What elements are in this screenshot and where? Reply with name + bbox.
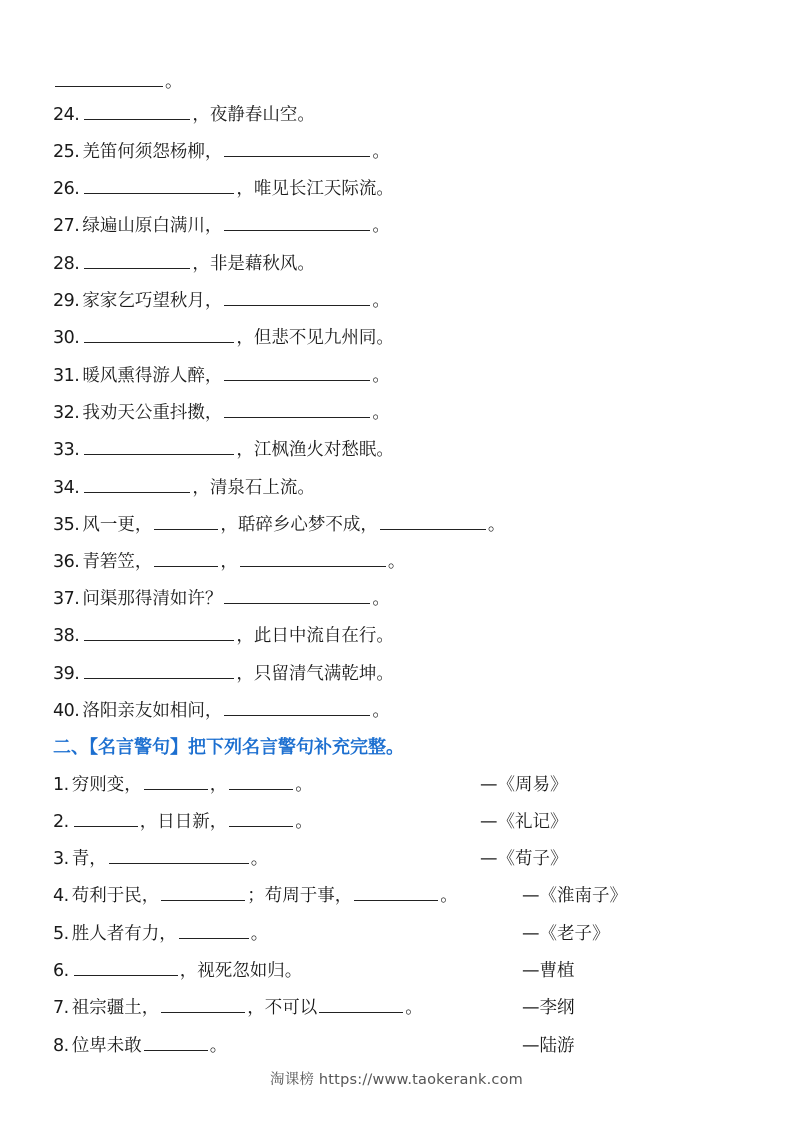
fill-in-blank[interactable] <box>319 996 403 1013</box>
question-text: 。 <box>372 587 390 611</box>
quote-question-7: 7.祖宗疆土，，不可以。 <box>53 996 423 1020</box>
question-number: 7. <box>53 996 69 1020</box>
question-text: 。 <box>372 401 390 425</box>
question-number: 33. <box>53 438 79 462</box>
question-number: 30. <box>53 326 79 350</box>
question-text: 。 <box>388 550 406 574</box>
fill-in-blank[interactable] <box>224 401 370 418</box>
question-text: 胜人者有力， <box>72 922 177 946</box>
question-text: 家家乞巧望秋月， <box>82 289 222 313</box>
question-text: 位卑未敢 <box>72 1034 142 1058</box>
question-number: 26. <box>53 177 79 201</box>
question-text: ，此日中流自在行。 <box>236 624 394 648</box>
poem-question-39: 39.，只留清气满乾坤。 <box>53 662 394 686</box>
question-text: ，江枫渔火对愁眠。 <box>236 438 394 462</box>
question-number: 32. <box>53 401 79 425</box>
question-number: 31. <box>53 364 79 388</box>
poem-question-31: 31.暖风熏得游人醉，。 <box>53 364 390 388</box>
fill-in-blank[interactable] <box>84 624 234 641</box>
poem-question-24: 24.，夜静春山空。 <box>53 103 315 127</box>
fill-in-blank[interactable] <box>229 773 293 790</box>
quote-source: —《老子》 <box>522 922 610 946</box>
question-text: 羌笛何须怨杨柳， <box>82 140 222 164</box>
fill-in-blank[interactable] <box>84 252 190 269</box>
question-text: 。 <box>251 847 269 871</box>
question-text: 。 <box>405 996 423 1020</box>
question-text: ，夜静春山空。 <box>192 103 315 127</box>
question-number: 34. <box>53 476 79 500</box>
poem-question-28: 28.，非是藉秋风。 <box>53 252 315 276</box>
poem-question-34: 34.，清泉石上流。 <box>53 476 315 500</box>
fill-in-blank[interactable] <box>224 587 370 604</box>
fill-in-blank[interactable] <box>55 70 163 87</box>
question-text: 风一更， <box>82 513 152 537</box>
question-text: 洛阳亲友如相问， <box>82 699 222 723</box>
poem-question-38: 38.，此日中流自在行。 <box>53 624 394 648</box>
question-text: 。 <box>372 699 390 723</box>
question-text: 。 <box>251 922 269 946</box>
fill-in-blank[interactable] <box>380 513 486 530</box>
question-number: 1. <box>53 773 69 797</box>
question-text: ；苟周于事， <box>247 884 352 908</box>
question-text: ，聒碎乡心梦不成， <box>220 513 378 537</box>
fill-in-blank[interactable] <box>154 550 218 567</box>
question-number: 29. <box>53 289 79 313</box>
question-number: 6. <box>53 959 69 983</box>
question-number: 8. <box>53 1034 69 1058</box>
question-text: 绿遍山原白满川， <box>82 214 222 238</box>
question-number: 5. <box>53 922 69 946</box>
question-text: 。 <box>372 364 390 388</box>
fill-in-blank[interactable] <box>154 513 218 530</box>
poem-question-33: 33.，江枫渔火对愁眠。 <box>53 438 394 462</box>
fill-in-blank[interactable] <box>109 847 249 864</box>
question-text: 暖风熏得游人醉， <box>82 364 222 388</box>
poem-question-40: 40.洛阳亲友如相问，。 <box>53 699 390 723</box>
question-text: 祖宗疆土， <box>72 996 160 1020</box>
fill-in-blank[interactable] <box>179 922 249 939</box>
question-text: ，视死忽如归。 <box>180 959 303 983</box>
question-text: ， <box>210 773 228 797</box>
poem-question-25: 25.羌笛何须怨杨柳，。 <box>53 140 390 164</box>
question-text: ，非是藉秋风。 <box>192 252 315 276</box>
question-number: 24. <box>53 103 79 127</box>
quote-question-5: 5.胜人者有力，。 <box>53 922 268 946</box>
quote-source: —曹植 <box>522 959 575 983</box>
poem-question-26: 26.，唯见长江天际流。 <box>53 177 394 201</box>
question-text: 。 <box>372 140 390 164</box>
question-text: ，日日新， <box>140 810 228 834</box>
fill-in-blank[interactable] <box>84 438 234 455</box>
question-text: ，唯见长江天际流。 <box>236 177 394 201</box>
section-heading-famous-quotes: 二、【名言警句】把下列名言警句补充完整。 <box>53 736 404 760</box>
fill-in-blank[interactable] <box>224 699 370 716</box>
poem-question-32: 32.我劝天公重抖擞，。 <box>53 401 390 425</box>
fill-in-blank[interactable] <box>161 884 245 901</box>
poem-question-35: 35.风一更，，聒碎乡心梦不成，。 <box>53 513 505 537</box>
question-number: 37. <box>53 587 79 611</box>
question-text: 青箬笠， <box>82 550 152 574</box>
quote-source: —陆游 <box>522 1034 575 1058</box>
fill-in-blank[interactable] <box>84 103 190 120</box>
fill-in-blank[interactable] <box>224 289 370 306</box>
fill-in-blank[interactable] <box>224 364 370 381</box>
question-text: 。 <box>165 70 183 94</box>
quote-question-4: 4.苟利于民，；苟周于事，。 <box>53 884 458 908</box>
question-text: ，清泉石上流。 <box>192 476 315 500</box>
quote-source: —《荀子》 <box>480 847 568 871</box>
question-number: 38. <box>53 624 79 648</box>
poem-question-36: 36.青箬笠，，。 <box>53 550 405 574</box>
question-text: 。 <box>440 884 458 908</box>
quote-source: —《礼记》 <box>480 810 568 834</box>
fill-in-blank[interactable] <box>224 214 370 231</box>
fill-in-blank[interactable] <box>84 662 234 679</box>
question-text: 。 <box>210 1034 228 1058</box>
question-number: 25. <box>53 140 79 164</box>
poem-question-cont: 。 <box>53 70 183 94</box>
fill-in-blank[interactable] <box>144 1034 208 1051</box>
fill-in-blank[interactable] <box>161 996 245 1013</box>
poem-question-29: 29.家家乞巧望秋月，。 <box>53 289 390 313</box>
question-number: 39. <box>53 662 79 686</box>
question-text: 问渠那得清如许？ <box>82 587 222 611</box>
quote-source: —李纲 <box>522 996 575 1020</box>
poem-question-37: 37.问渠那得清如许？。 <box>53 587 390 611</box>
question-text: 苟利于民， <box>72 884 160 908</box>
quote-question-6: 6.，视死忽如归。 <box>53 959 302 983</box>
quote-question-1: 1.穷则变，，。 <box>53 773 313 797</box>
quote-question-8: 8.位卑未敢。 <box>53 1034 227 1058</box>
question-text: ，不可以 <box>247 996 317 1020</box>
quote-question-2: 2.，日日新，。 <box>53 810 313 834</box>
question-text: 。 <box>295 773 313 797</box>
fill-in-blank[interactable] <box>144 773 208 790</box>
question-number: 36. <box>53 550 79 574</box>
question-text: 。 <box>295 810 313 834</box>
poem-question-30: 30.，但悲不见九州同。 <box>53 326 394 350</box>
poem-question-27: 27.绿遍山原白满川，。 <box>53 214 390 238</box>
quote-question-3: 3.青，。 <box>53 847 268 871</box>
fill-in-blank[interactable] <box>74 810 138 827</box>
question-number: 4. <box>53 884 69 908</box>
question-text: 穷则变， <box>72 773 142 797</box>
fill-in-blank[interactable] <box>229 810 293 827</box>
fill-in-blank[interactable] <box>240 550 386 567</box>
question-text: 。 <box>372 289 390 313</box>
fill-in-blank[interactable] <box>84 177 234 194</box>
question-number: 27. <box>53 214 79 238</box>
question-text: 。 <box>372 214 390 238</box>
question-text: ， <box>220 550 238 574</box>
question-number: 35. <box>53 513 79 537</box>
fill-in-blank[interactable] <box>84 326 234 343</box>
quote-source: —《周易》 <box>480 773 568 797</box>
quote-source: —《淮南子》 <box>522 884 627 908</box>
fill-in-blank[interactable] <box>224 140 370 157</box>
fill-in-blank[interactable] <box>74 959 178 976</box>
question-text: ，但悲不见九州同。 <box>236 326 394 350</box>
fill-in-blank[interactable] <box>354 884 438 901</box>
question-text: 青， <box>72 847 107 871</box>
question-number: 3. <box>53 847 69 871</box>
question-text: 我劝天公重抖擞， <box>82 401 222 425</box>
question-number: 40. <box>53 699 79 723</box>
question-text: ，只留清气满乾坤。 <box>236 662 394 686</box>
question-number: 2. <box>53 810 69 834</box>
question-text: 。 <box>488 513 506 537</box>
fill-in-blank[interactable] <box>84 476 190 493</box>
question-number: 28. <box>53 252 79 276</box>
watermark-footer: 淘课榜 https://www.taokerank.com <box>0 1068 793 1089</box>
